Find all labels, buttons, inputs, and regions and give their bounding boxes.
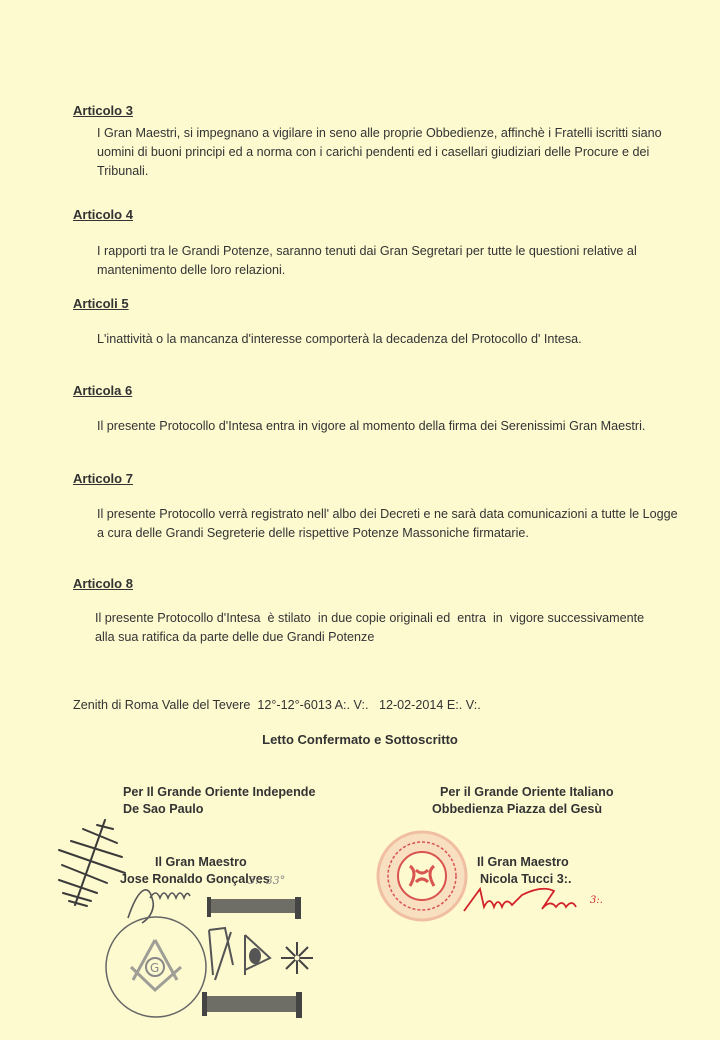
left-role: Il Gran Maestro	[155, 853, 247, 871]
article-7-title: Articolo 7	[73, 471, 133, 486]
place-date-line: Zenith di Roma Valle del Tevere 12°-12°-…	[73, 698, 481, 712]
right-role: Il Gran Maestro	[477, 853, 569, 871]
article-3-title: Articolo 3	[73, 103, 133, 118]
right-org-line2: Obbedienza Piazza del Gesù	[432, 801, 614, 818]
article-6-title: Articola 6	[73, 383, 132, 398]
left-org-line1: Per Il Grande Oriente Independe	[123, 784, 315, 801]
right-organization: Per il Grande Oriente Italiano Obbedienz…	[432, 784, 614, 818]
upper-pillar-stamp-icon	[205, 895, 305, 920]
article-4-title: Articolo 4	[73, 207, 133, 222]
left-handwritten-degree: 3:. 33°	[248, 874, 285, 887]
article-8-text: Il presente Protocollo d'Intesa è stilat…	[95, 609, 655, 647]
confirmation-heading: Letto Confermato e Sottoscritto	[0, 732, 720, 747]
article-7-text: Il presente Protocollo verrà registrato …	[97, 505, 687, 543]
article-5-title: Articoli 5	[73, 296, 129, 311]
svg-text:G: G	[150, 961, 159, 975]
article-5-text: L'inattività o la mancanza d'interesse c…	[97, 330, 687, 349]
article-6-text: Il presente Protocollo d'Intesa entra in…	[97, 417, 687, 436]
article-8-title: Articolo 8	[73, 576, 133, 591]
left-org-line2: De Sao Paulo	[123, 801, 315, 818]
document-page: Articolo 3 I Gran Maestri, si impegnano …	[0, 0, 720, 1040]
article-4-text: I rapporti tra le Grandi Potenze, sarann…	[97, 242, 687, 280]
right-org-line1: Per il Grande Oriente Italiano	[432, 784, 614, 801]
square-and-compass-seal-icon: G	[103, 912, 213, 1022]
left-organization: Per Il Grande Oriente Independe De Sao P…	[123, 784, 315, 818]
svg-text:3:.: 3:.	[590, 895, 603, 906]
compass-triangle-star-icons	[205, 920, 315, 990]
lower-pillar-stamp-icon	[200, 990, 305, 1020]
article-3-text: I Gran Maestri, si impegnano a vigilare …	[97, 124, 687, 181]
right-handwritten-signature-icon: 3:.	[462, 885, 612, 915]
red-official-seal-icon	[376, 830, 468, 922]
